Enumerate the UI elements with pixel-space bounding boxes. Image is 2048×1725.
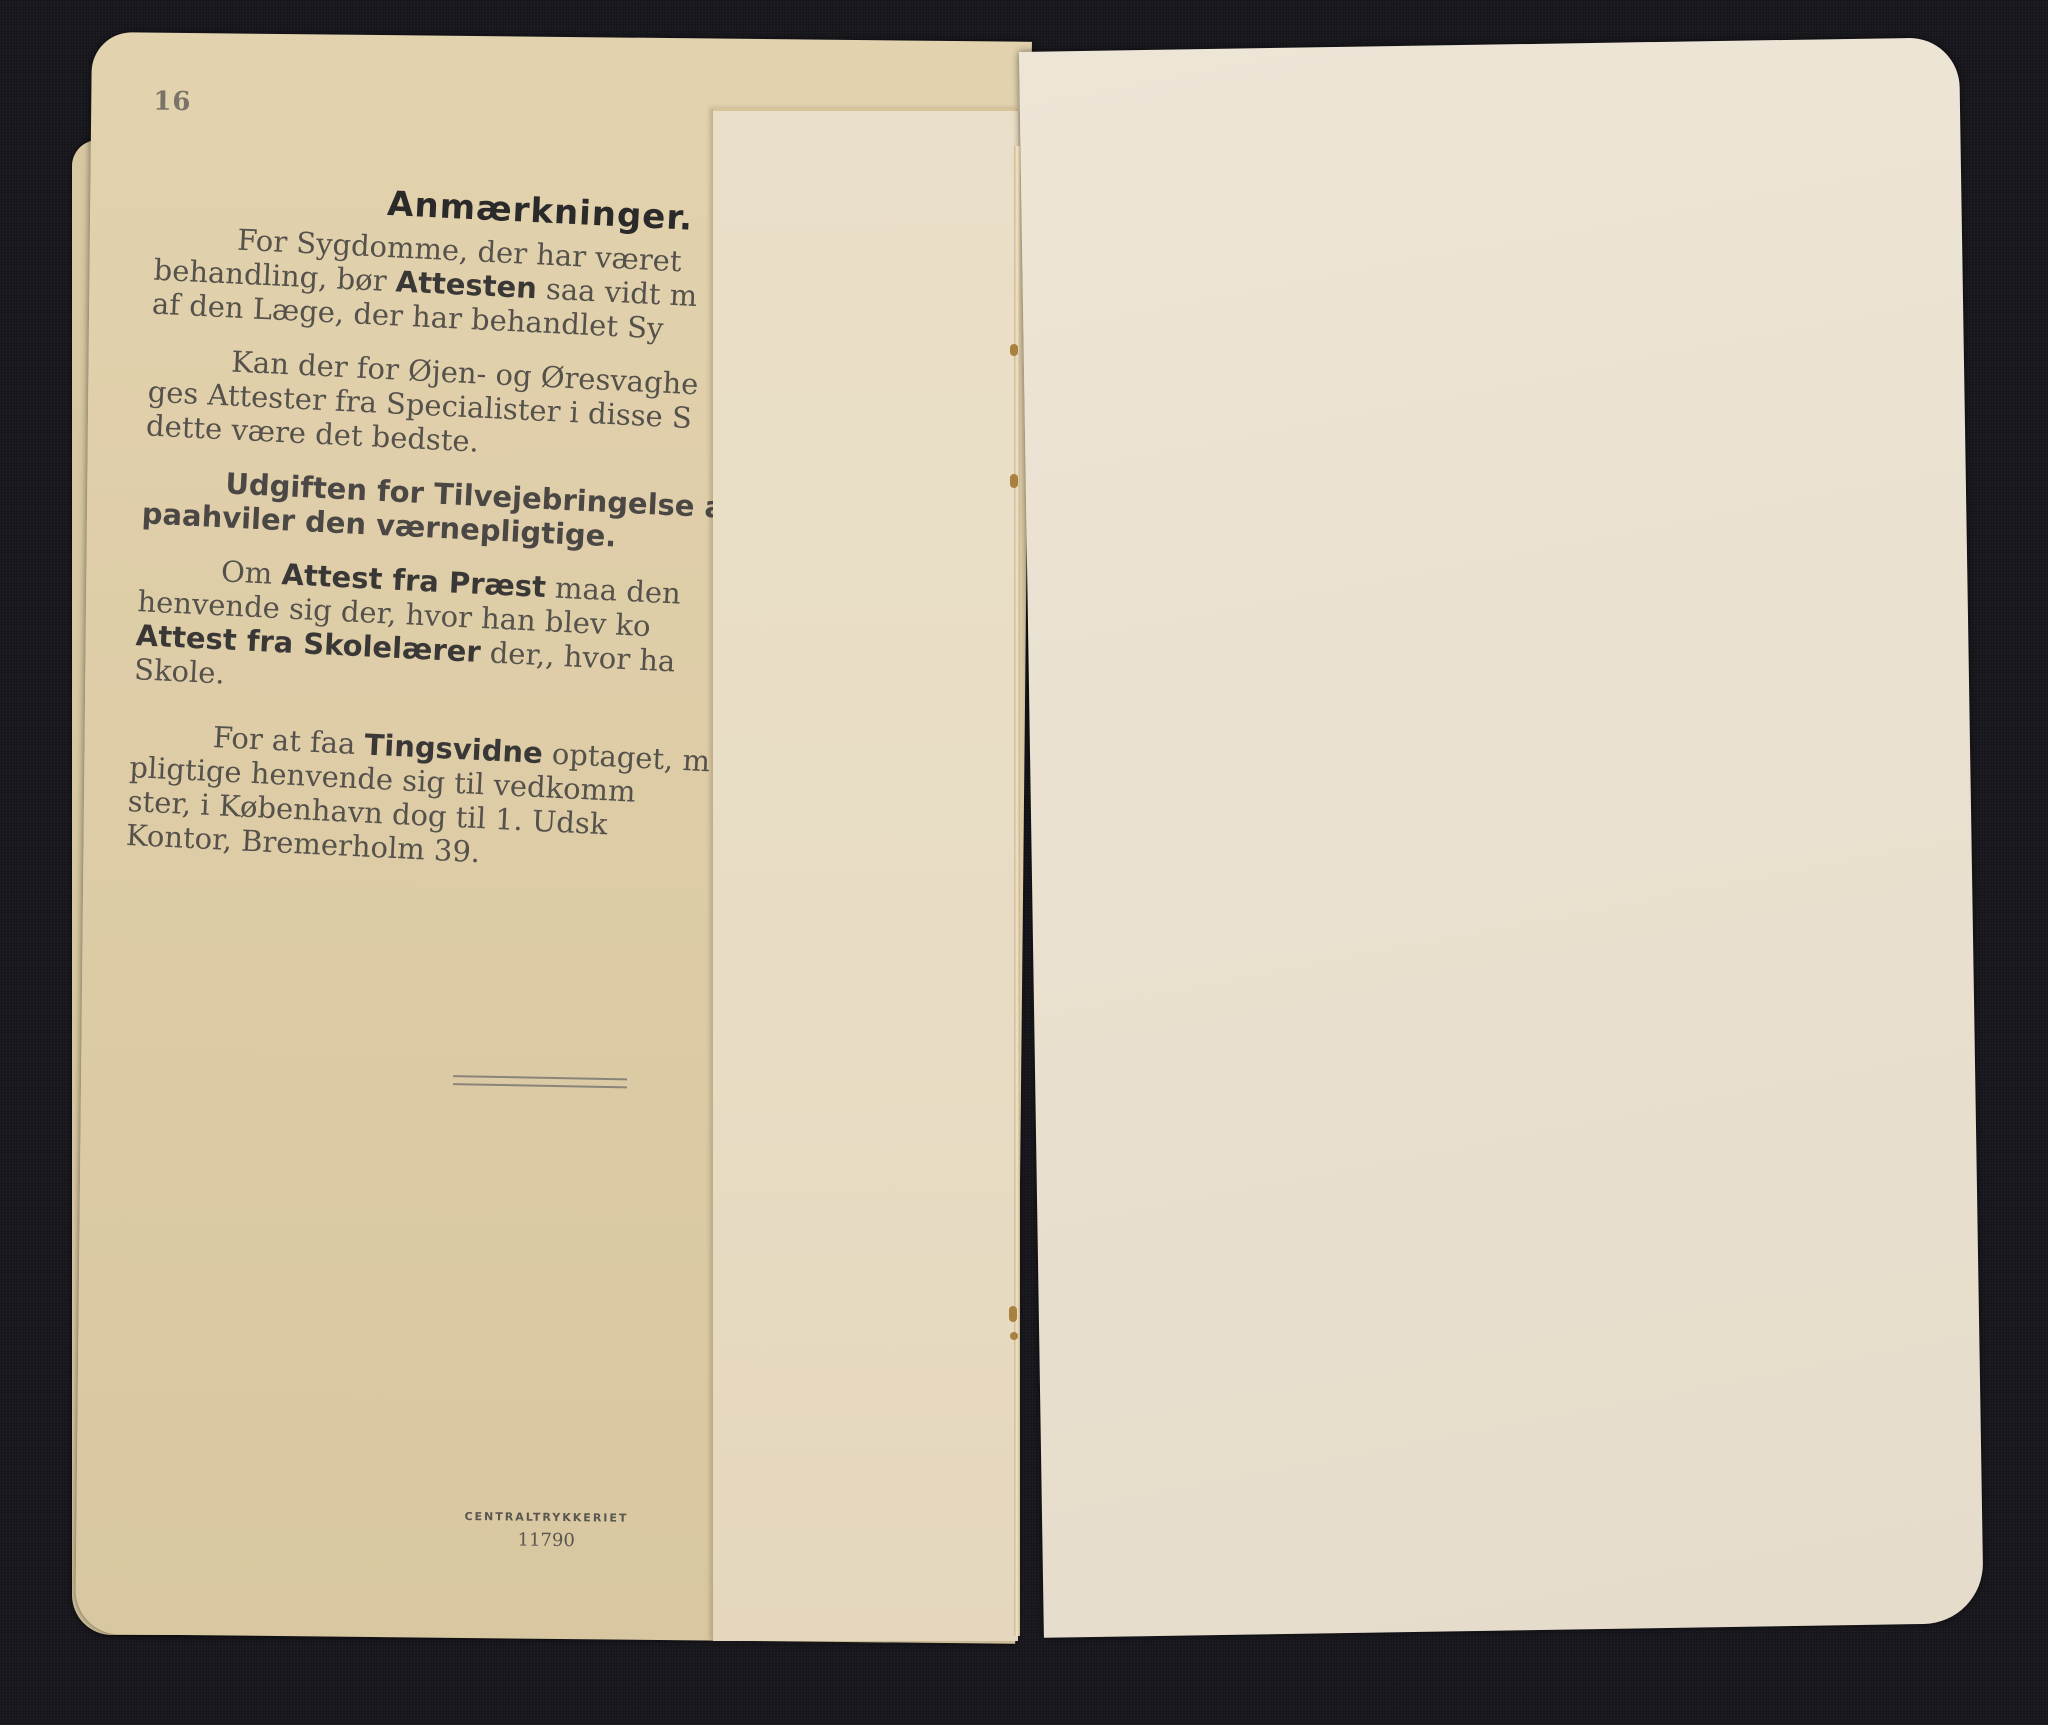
staple-mark bbox=[1009, 1306, 1017, 1322]
staple-mark bbox=[1010, 1332, 1018, 1340]
inserted-paper-slip bbox=[713, 108, 1018, 1641]
staple-mark bbox=[1010, 344, 1018, 356]
staple-mark bbox=[1010, 474, 1018, 488]
page-number: 16 bbox=[153, 87, 191, 117]
right-page-blank bbox=[1019, 37, 1984, 1638]
printer-imprint: CENTRALTRYKKERIET 11790 bbox=[436, 1510, 656, 1552]
double-rule-divider bbox=[453, 1075, 627, 1088]
book-spine-gutter bbox=[1014, 146, 1020, 1636]
printer-name: CENTRALTRYKKERIET bbox=[436, 1510, 656, 1525]
print-number: 11790 bbox=[436, 1529, 656, 1552]
text-span: Om bbox=[220, 554, 282, 591]
